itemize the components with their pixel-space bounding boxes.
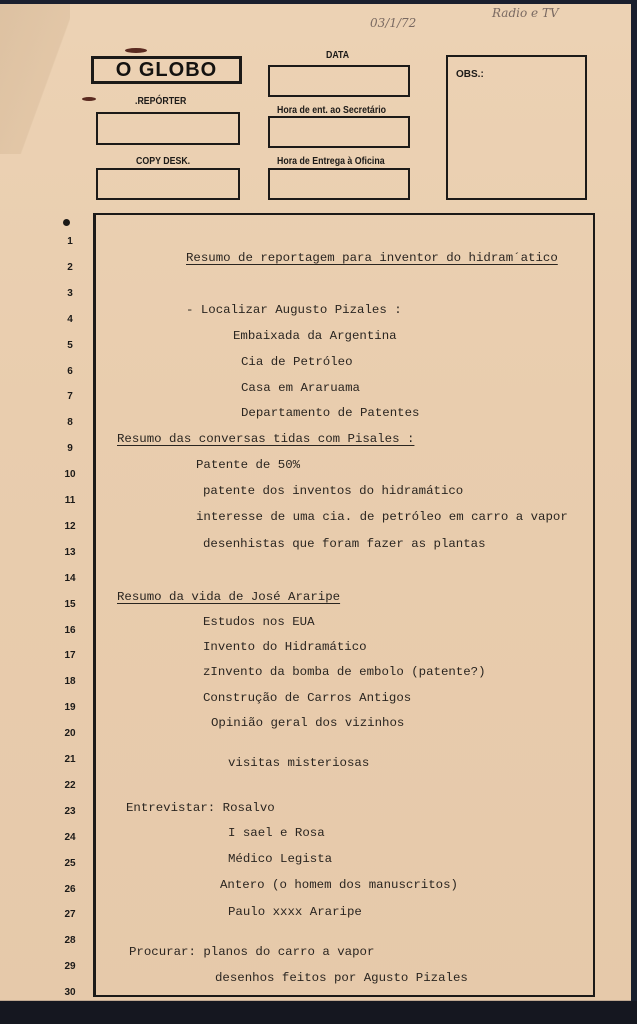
text-line: Casa em Araruama <box>241 381 360 395</box>
line-number: 28 <box>58 935 82 946</box>
margin-bullet <box>63 219 70 226</box>
line-number: 7 <box>58 391 82 402</box>
line-number: 23 <box>58 806 82 817</box>
text-line: Construção de Carros Antigos <box>203 691 411 705</box>
line-number: 21 <box>58 754 82 765</box>
line-number: 6 <box>58 366 82 377</box>
copy-desk-label: COPY DESK. <box>136 156 190 167</box>
obs-field[interactable]: OBS.: <box>446 55 587 200</box>
line-number: 27 <box>58 909 82 920</box>
line-number: 22 <box>58 780 82 791</box>
text-line: desenhos feitos por Agusto Pizales <box>215 971 468 985</box>
text-line: zInvento da bomba de embolo (patente?) <box>203 665 486 679</box>
section-heading: Resumo das conversas tidas com Pisales : <box>117 432 414 446</box>
line-number: 13 <box>58 547 82 558</box>
line-number: 29 <box>58 961 82 972</box>
data-field[interactable] <box>268 65 410 97</box>
reporter-field[interactable] <box>96 112 240 145</box>
line-number: 25 <box>58 858 82 869</box>
text-line: interesse de uma cia. de petróleo em car… <box>196 510 568 524</box>
line-number: 14 <box>58 573 82 584</box>
page-fold-shadow <box>0 4 70 154</box>
section-heading: Resumo da vida de José Araripe <box>117 590 340 604</box>
line-number: 26 <box>58 884 82 895</box>
title-line: Resumo de reportagem para inventor do hi… <box>186 251 558 265</box>
text-line: Estudos nos EUA <box>203 615 315 629</box>
line-number: 4 <box>58 314 82 325</box>
hora-secretario-label: Hora de ent. ao Secretário <box>277 105 386 116</box>
line-number: 3 <box>58 288 82 299</box>
ink-stain <box>82 97 96 101</box>
text-line: visitas misteriosas <box>228 756 369 770</box>
text-line: I sael e Rosa <box>228 826 325 840</box>
ink-stain <box>125 48 147 53</box>
text-line: - Localizar Augusto Pizales : <box>186 303 402 317</box>
line-number: 18 <box>58 676 82 687</box>
handwritten-note: Radio e TV <box>492 6 559 20</box>
line-number: 17 <box>58 650 82 661</box>
hora-secretario-field[interactable] <box>268 116 410 148</box>
copy-desk-field[interactable] <box>96 168 240 200</box>
section-heading: Procurar: planos do carro a vapor <box>129 945 374 959</box>
line-number: 5 <box>58 340 82 351</box>
text-line: Cia de Petróleo <box>241 355 353 369</box>
text-line: Opinião geral dos vizinhos <box>211 716 404 730</box>
line-number: 2 <box>58 262 82 273</box>
line-number: 10 <box>58 469 82 480</box>
line-number: 20 <box>58 728 82 739</box>
handwritten-date: 03/1/72 <box>370 16 416 30</box>
line-number: 8 <box>58 417 82 428</box>
section-heading: Entrevistar: Rosalvo <box>126 801 275 815</box>
text-line: patente dos inventos do hidramático <box>203 484 463 498</box>
line-number: 9 <box>58 443 82 454</box>
text-line: Médico Legista <box>228 852 332 866</box>
line-number: 19 <box>58 702 82 713</box>
line-number: 11 <box>58 495 82 506</box>
hora-oficina-field[interactable] <box>268 168 410 200</box>
newspaper-logo: O GLOBO <box>91 56 242 84</box>
text-line: Antero (o homem dos manuscritos) <box>220 878 458 892</box>
text-line: Invento do Hidramático <box>203 640 367 654</box>
text-line: Paulo xxxx Araripe <box>228 905 362 919</box>
text-line: Embaixada da Argentina <box>233 329 397 343</box>
line-number: 16 <box>58 625 82 636</box>
text-line: desenhistas que foram fazer as plantas <box>203 537 486 551</box>
line-number: 15 <box>58 599 82 610</box>
hora-oficina-label: Hora de Entrega à Oficina <box>277 156 385 167</box>
line-number: 12 <box>58 521 82 532</box>
data-label: DATA <box>326 50 349 61</box>
torn-page-edge <box>0 985 637 1024</box>
obs-label: OBS.: <box>456 69 484 80</box>
line-number: 24 <box>58 832 82 843</box>
line-number: 1 <box>58 236 82 247</box>
text-line: Patente de 50% <box>196 458 300 472</box>
text-line: Departamento de Patentes <box>241 406 419 420</box>
reporter-label: .REPÓRTER <box>135 96 186 107</box>
